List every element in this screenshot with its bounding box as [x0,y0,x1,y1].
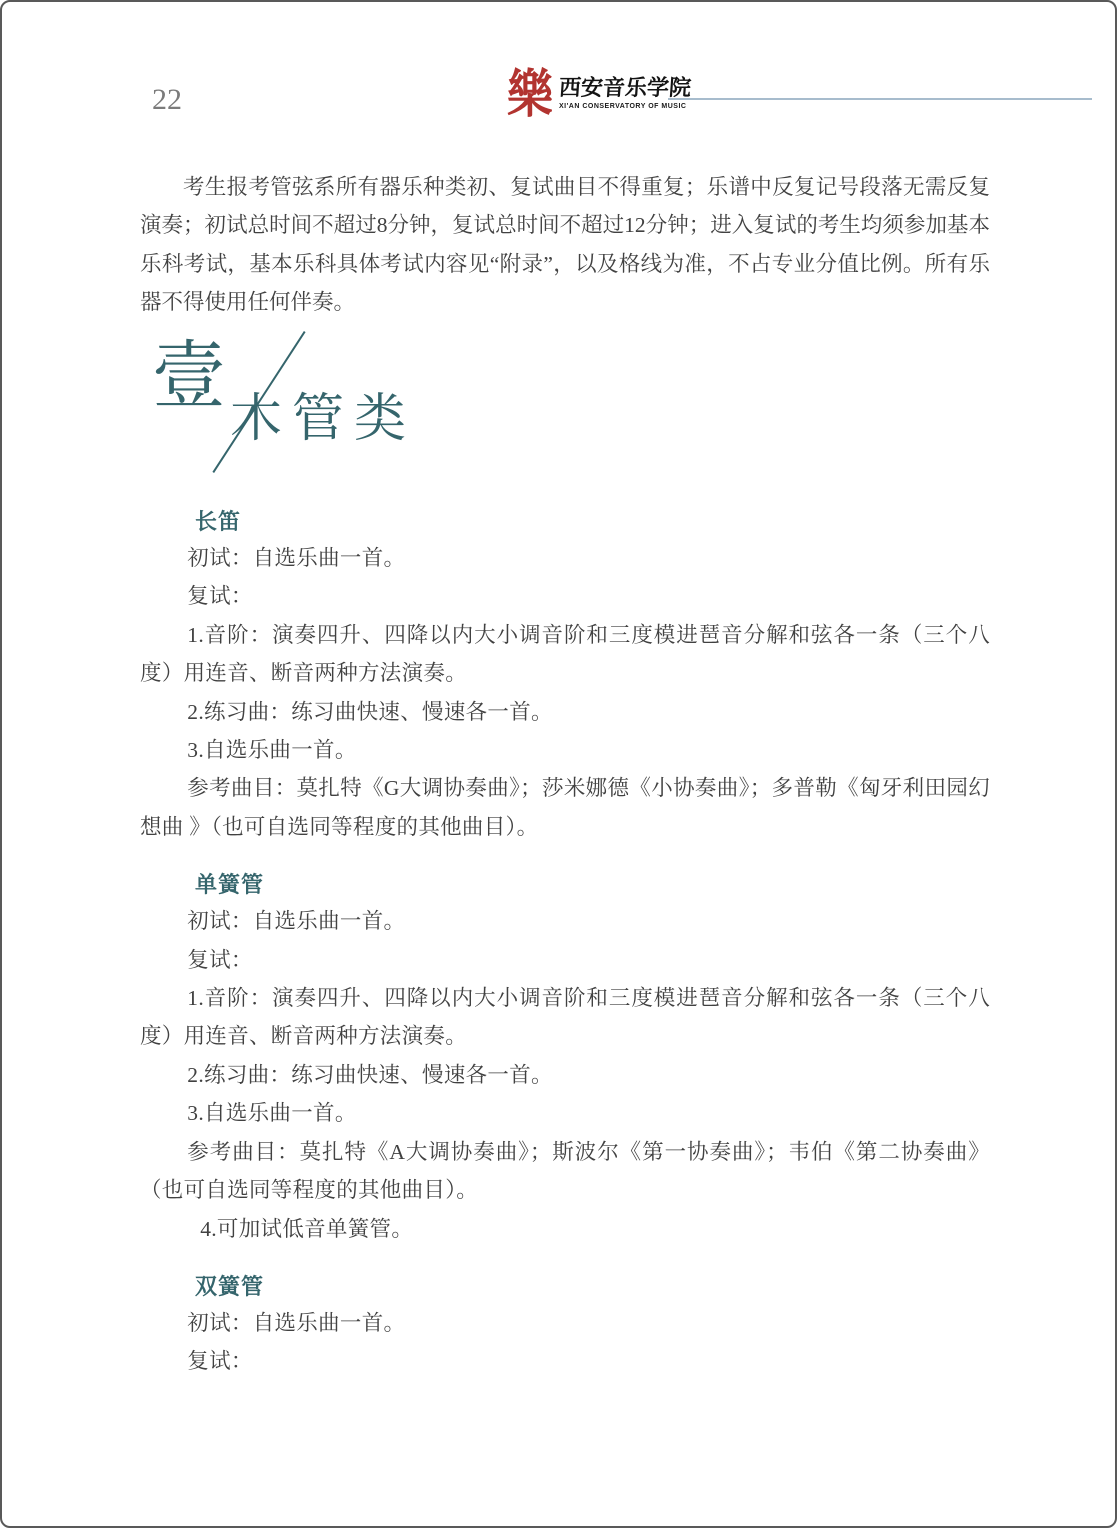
requirement-line: 初试：自选乐曲一首。 [140,539,990,577]
instrument-section-clarinet: 单簧管 初试：自选乐曲一首。 复试： 1.音阶：演奏四升、四降以内大小调音阶和三… [140,868,990,1248]
instrument-heading: 单簧管 [195,868,990,902]
requirement-line: 1.音阶：演奏四升、四降以内大小调音阶和三度模进琶音分解和弦各一条（三个八度）用… [140,616,990,693]
requirement-line: 复试： [140,1342,990,1380]
requirement-line: 初试：自选乐曲一首。 [140,1304,990,1342]
conservatory-seal-icon: 樂 [507,63,553,126]
requirement-line: 4.可加试低音单簧管。 [140,1210,990,1248]
header-divider-line [668,98,1092,100]
instrument-heading: 长笛 [195,505,990,539]
instrument-requirements: 长笛 初试：自选乐曲一首。 复试： 1.音阶：演奏四升、四降以内大小调音阶和三度… [140,505,990,1381]
instrument-heading: 双簧管 [195,1270,990,1304]
document-page: 22 樂 西安音乐学院 XI'AN CONSERVATORY OF MUSIC … [0,0,1117,1528]
requirement-line: 3.自选乐曲一首。 [140,731,990,769]
requirement-line: 3.自选乐曲一首。 [140,1094,990,1132]
requirement-line: 参考曲目：莫扎特《A大调协奏曲》；斯波尔《第一协奏曲》；韦伯《第二协奏曲》（也可… [140,1133,990,1210]
requirement-line: 1.音阶：演奏四升、四降以内大小调音阶和三度模进琶音分解和弦各一条（三个八度）用… [140,979,990,1056]
instrument-section-oboe: 双簧管 初试：自选乐曲一首。 复试： [140,1270,990,1381]
requirement-line: 2.练习曲：练习曲快速、慢速各一首。 [140,1056,990,1094]
page-number: 22 [152,84,182,116]
requirement-line: 参考曲目：莫扎特《G大调协奏曲》；莎米娜德《小协奏曲》；多普勒《匈牙利田园幻想曲… [140,769,990,846]
requirement-line: 复试： [140,577,990,615]
section-numeral: 壹 [152,328,226,424]
instrument-section-flute: 长笛 初试：自选乐曲一首。 复试： 1.音阶：演奏四升、四降以内大小调音阶和三度… [140,505,990,846]
requirement-line: 复试： [140,941,990,979]
requirement-line: 初试：自选乐曲一首。 [140,902,990,940]
requirement-line: 2.练习曲：练习曲快速、慢速各一首。 [140,693,990,731]
section-title: 木管类 [230,390,416,448]
conservatory-names: 西安音乐学院 XI'AN CONSERVATORY OF MUSIC [559,66,691,111]
school-name-en: XI'AN CONSERVATORY OF MUSIC [559,102,691,111]
section-header: 壹 木管类 [152,328,572,478]
conservatory-logo: 樂 西安音乐学院 XI'AN CONSERVATORY OF MUSIC [507,66,691,122]
intro-paragraph: 考生报考管弦系所有器乐种类初、复试曲目不得重复；乐谱中反复记号段落无需反复演奏；… [140,168,990,322]
